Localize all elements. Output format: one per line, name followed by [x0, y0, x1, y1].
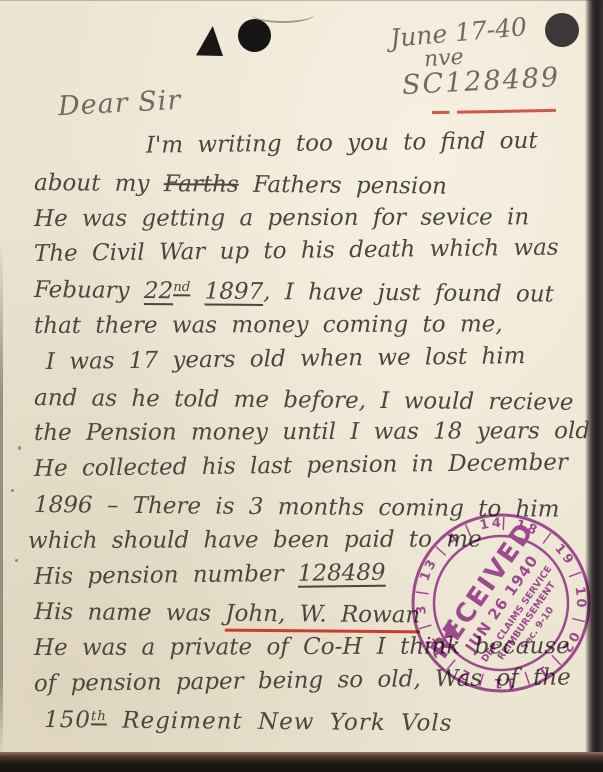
letter-line: I'm writing too you to find out — [34, 127, 586, 170]
letter-text-segment: , I have just found out — [263, 279, 554, 308]
pencil-squiggle — [252, 6, 314, 23]
letter-text-segment: about my — [34, 170, 164, 197]
letter-text-segment — [190, 279, 205, 305]
letter-text-segment: He was getting a pension for sevice in — [34, 204, 529, 232]
red-underline-mark — [432, 109, 556, 114]
letter-text-segment: The Civil War up to his death which was — [34, 235, 559, 267]
letter-line: 150th Regiment New York Vols — [44, 707, 586, 748]
triangle-ink-blot — [196, 26, 223, 56]
letter-text-segment: th — [91, 709, 107, 724]
scanned-letter-page: June 17-40 nve SC128489 Dear Sir I'm wri… — [0, 0, 603, 772]
circle-ink-blot — [238, 19, 271, 52]
letter-text-segment: Febuary — [34, 277, 144, 304]
letter-text-segment: nd — [173, 280, 190, 295]
stamp-graphic: | 18 | 19 | 10 | 02 | 1 | 11 | 2 | 12 | … — [406, 508, 589, 697]
letter-text-segment: and as he told me before, I would reciev… — [34, 385, 574, 416]
ink-speck — [11, 489, 14, 492]
letter-line: The Civil War up to his death which was — [34, 235, 586, 278]
letter-text-segment: His pension number — [34, 560, 298, 589]
letter-text-segment: His name was — [34, 599, 226, 627]
received-stamp: | 18 | 19 | 10 | 02 | 1 | 11 | 2 | 12 | … — [406, 508, 596, 698]
ink-speck — [15, 559, 18, 562]
scan-edge-left — [0, 240, 3, 755]
letter-text-segment: the Pension money until I was 18 years o… — [34, 418, 590, 446]
letter-text-segment: Fathers pension — [239, 172, 447, 200]
letter-text-segment: Regiment New York Vols — [107, 707, 453, 736]
scan-edge-top — [0, 0, 603, 1]
letter-text-segment: Farths — [164, 171, 239, 198]
letter-text-segment: He collected his last pension in Decembe… — [34, 450, 568, 483]
letter-text-segment: I was 17 years old when we lost him — [46, 343, 526, 375]
letter-text-segment: John, W. Rowan — [225, 601, 420, 634]
salutation: Dear Sir — [57, 85, 182, 122]
letter-line: He collected his last pension in Decembe… — [34, 449, 586, 492]
letter-text-segment: 22 — [144, 278, 174, 304]
letter-text-segment: I'm writing too you to find out — [146, 128, 538, 159]
letter-line: I was 17 years old when we lost him — [46, 342, 586, 384]
letter-text-segment: 1897 — [205, 279, 264, 306]
ink-speck — [18, 446, 21, 450]
hole-punch — [545, 13, 579, 47]
letter-text-segment: that there was money coming to me, — [34, 311, 503, 339]
letter-text-segment: 150 — [44, 707, 91, 733]
scan-edge-bottom — [0, 752, 603, 772]
letter-text-segment: 128489 — [298, 559, 386, 586]
